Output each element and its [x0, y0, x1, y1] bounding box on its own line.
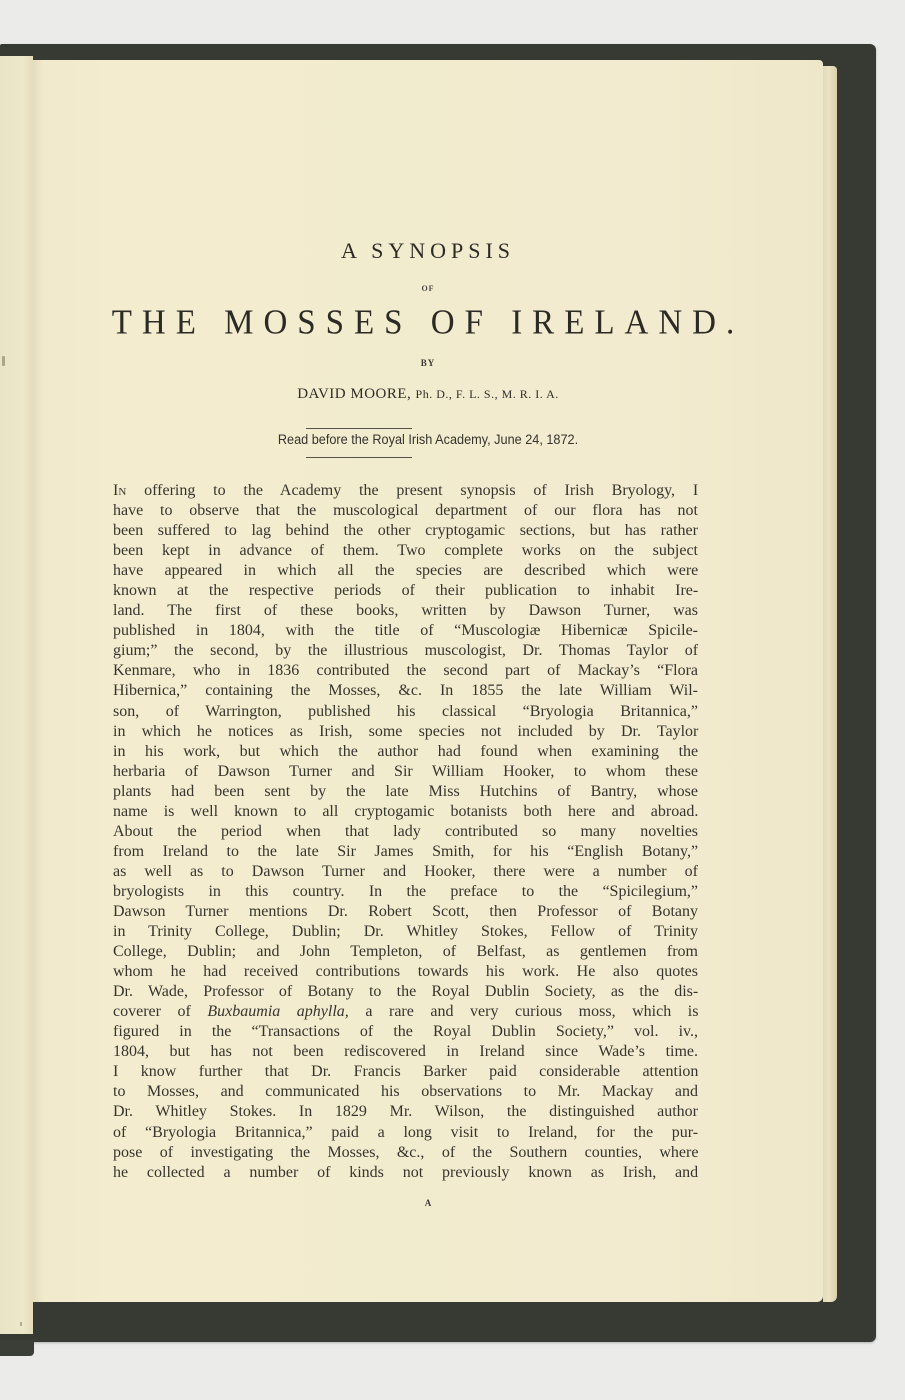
- facing-page-edge: [0, 56, 33, 1334]
- text-line: name is well known to all cryptogamic bo…: [113, 802, 698, 822]
- text-line: coverer of Buxbaumia aphylla, a rare and…: [113, 1002, 698, 1022]
- text-line: Dawson Turner mentions Dr. Robert Scott,…: [113, 902, 698, 922]
- author-line: DAVID MOORE, Ph. D., F. L. S., M. R. I. …: [33, 386, 823, 403]
- text-line: have appeared in which all the species a…: [113, 561, 698, 581]
- text-line: to Mosses, and communicated his observat…: [113, 1082, 698, 1102]
- text-line: bryologists in this country. In the pref…: [113, 882, 698, 902]
- body-paragraph: In offering to the Academy the present s…: [113, 481, 698, 1183]
- text-line: he collected a number of kinds not previ…: [113, 1163, 698, 1183]
- text-line: known at the respective periods of their…: [113, 581, 698, 601]
- text-line: son, of Warrington, published his classi…: [113, 702, 698, 722]
- opening-small-caps: In: [113, 482, 126, 499]
- page-title: THE MOSSES OF IRELAND.: [33, 304, 823, 343]
- book-cover-corner: [0, 1340, 34, 1356]
- text-line: land. The first of these books, written …: [113, 601, 698, 621]
- text-line: gium;” the second, by the illustrious mu…: [113, 641, 698, 661]
- author-name: DAVID MOORE,: [297, 386, 411, 402]
- author-degrees: Ph. D., F. L. S., M. R. I. A.: [416, 387, 559, 401]
- divider-bottom: [306, 457, 412, 458]
- signature-mark: A: [33, 1198, 823, 1208]
- text-line: in which he notices as Irish, some speci…: [113, 722, 698, 742]
- text-line: In offering to the Academy the present s…: [113, 481, 698, 501]
- read-note: Read before the Royal Irish Academy, Jun…: [57, 432, 800, 447]
- text-line: I know further that Dr. Francis Barker p…: [113, 1062, 698, 1082]
- text-line: of “Bryologia Britannica,” paid a long v…: [113, 1123, 698, 1143]
- title-of: OF: [33, 284, 823, 293]
- text-line: plants had been sent by the late Miss Hu…: [113, 782, 698, 802]
- text-line: in Trinity College, Dublin; Dr. Whitley …: [113, 922, 698, 942]
- text-line: Hibernica,” containing the Mosses, &c. I…: [113, 681, 698, 701]
- text-line: have to observe that the muscological de…: [113, 501, 698, 521]
- text-line: Dr. Whitley Stokes. In 1829 Mr. Wilson, …: [113, 1102, 698, 1122]
- text-line: Kenmare, who in 1836 contributed the sec…: [113, 661, 698, 681]
- text-line: been suffered to lag behind the other cr…: [113, 521, 698, 541]
- text-line: pose of investigating the Mosses, &c., o…: [113, 1143, 698, 1163]
- text-line: Dr. Wade, Professor of Botany to the Roy…: [113, 982, 698, 1002]
- species-name: Buxbaumia aphylla,: [207, 1003, 348, 1020]
- text-line: in his work, but which the author had fo…: [113, 742, 698, 762]
- text-line: been kept in advance of them. Two comple…: [113, 541, 698, 561]
- text-line: as well as to Dawson Turner and Hooker, …: [113, 862, 698, 882]
- text-line: 1804, but has not been rediscovered in I…: [113, 1042, 698, 1062]
- page-blemish: [20, 1322, 22, 1326]
- title-line-1: A SYNOPSIS: [33, 238, 823, 264]
- text-line: herbaria of Dawson Turner and Sir Willia…: [113, 762, 698, 782]
- text-line: whom he had received contributions towar…: [113, 962, 698, 982]
- page-blemish: [2, 356, 5, 366]
- page-fore-edge: [823, 66, 837, 1302]
- text-line: published in 1804, with the title of “Mu…: [113, 621, 698, 641]
- text-line: from Ireland to the late Sir James Smith…: [113, 842, 698, 862]
- text-line: College, Dublin; and John Templeton, of …: [113, 942, 698, 962]
- text-line: figured in the “Transactions of the Roya…: [113, 1022, 698, 1042]
- byline-label: BY: [33, 358, 823, 368]
- divider-top: [306, 428, 412, 429]
- text-line: About the period when that lady contribu…: [113, 822, 698, 842]
